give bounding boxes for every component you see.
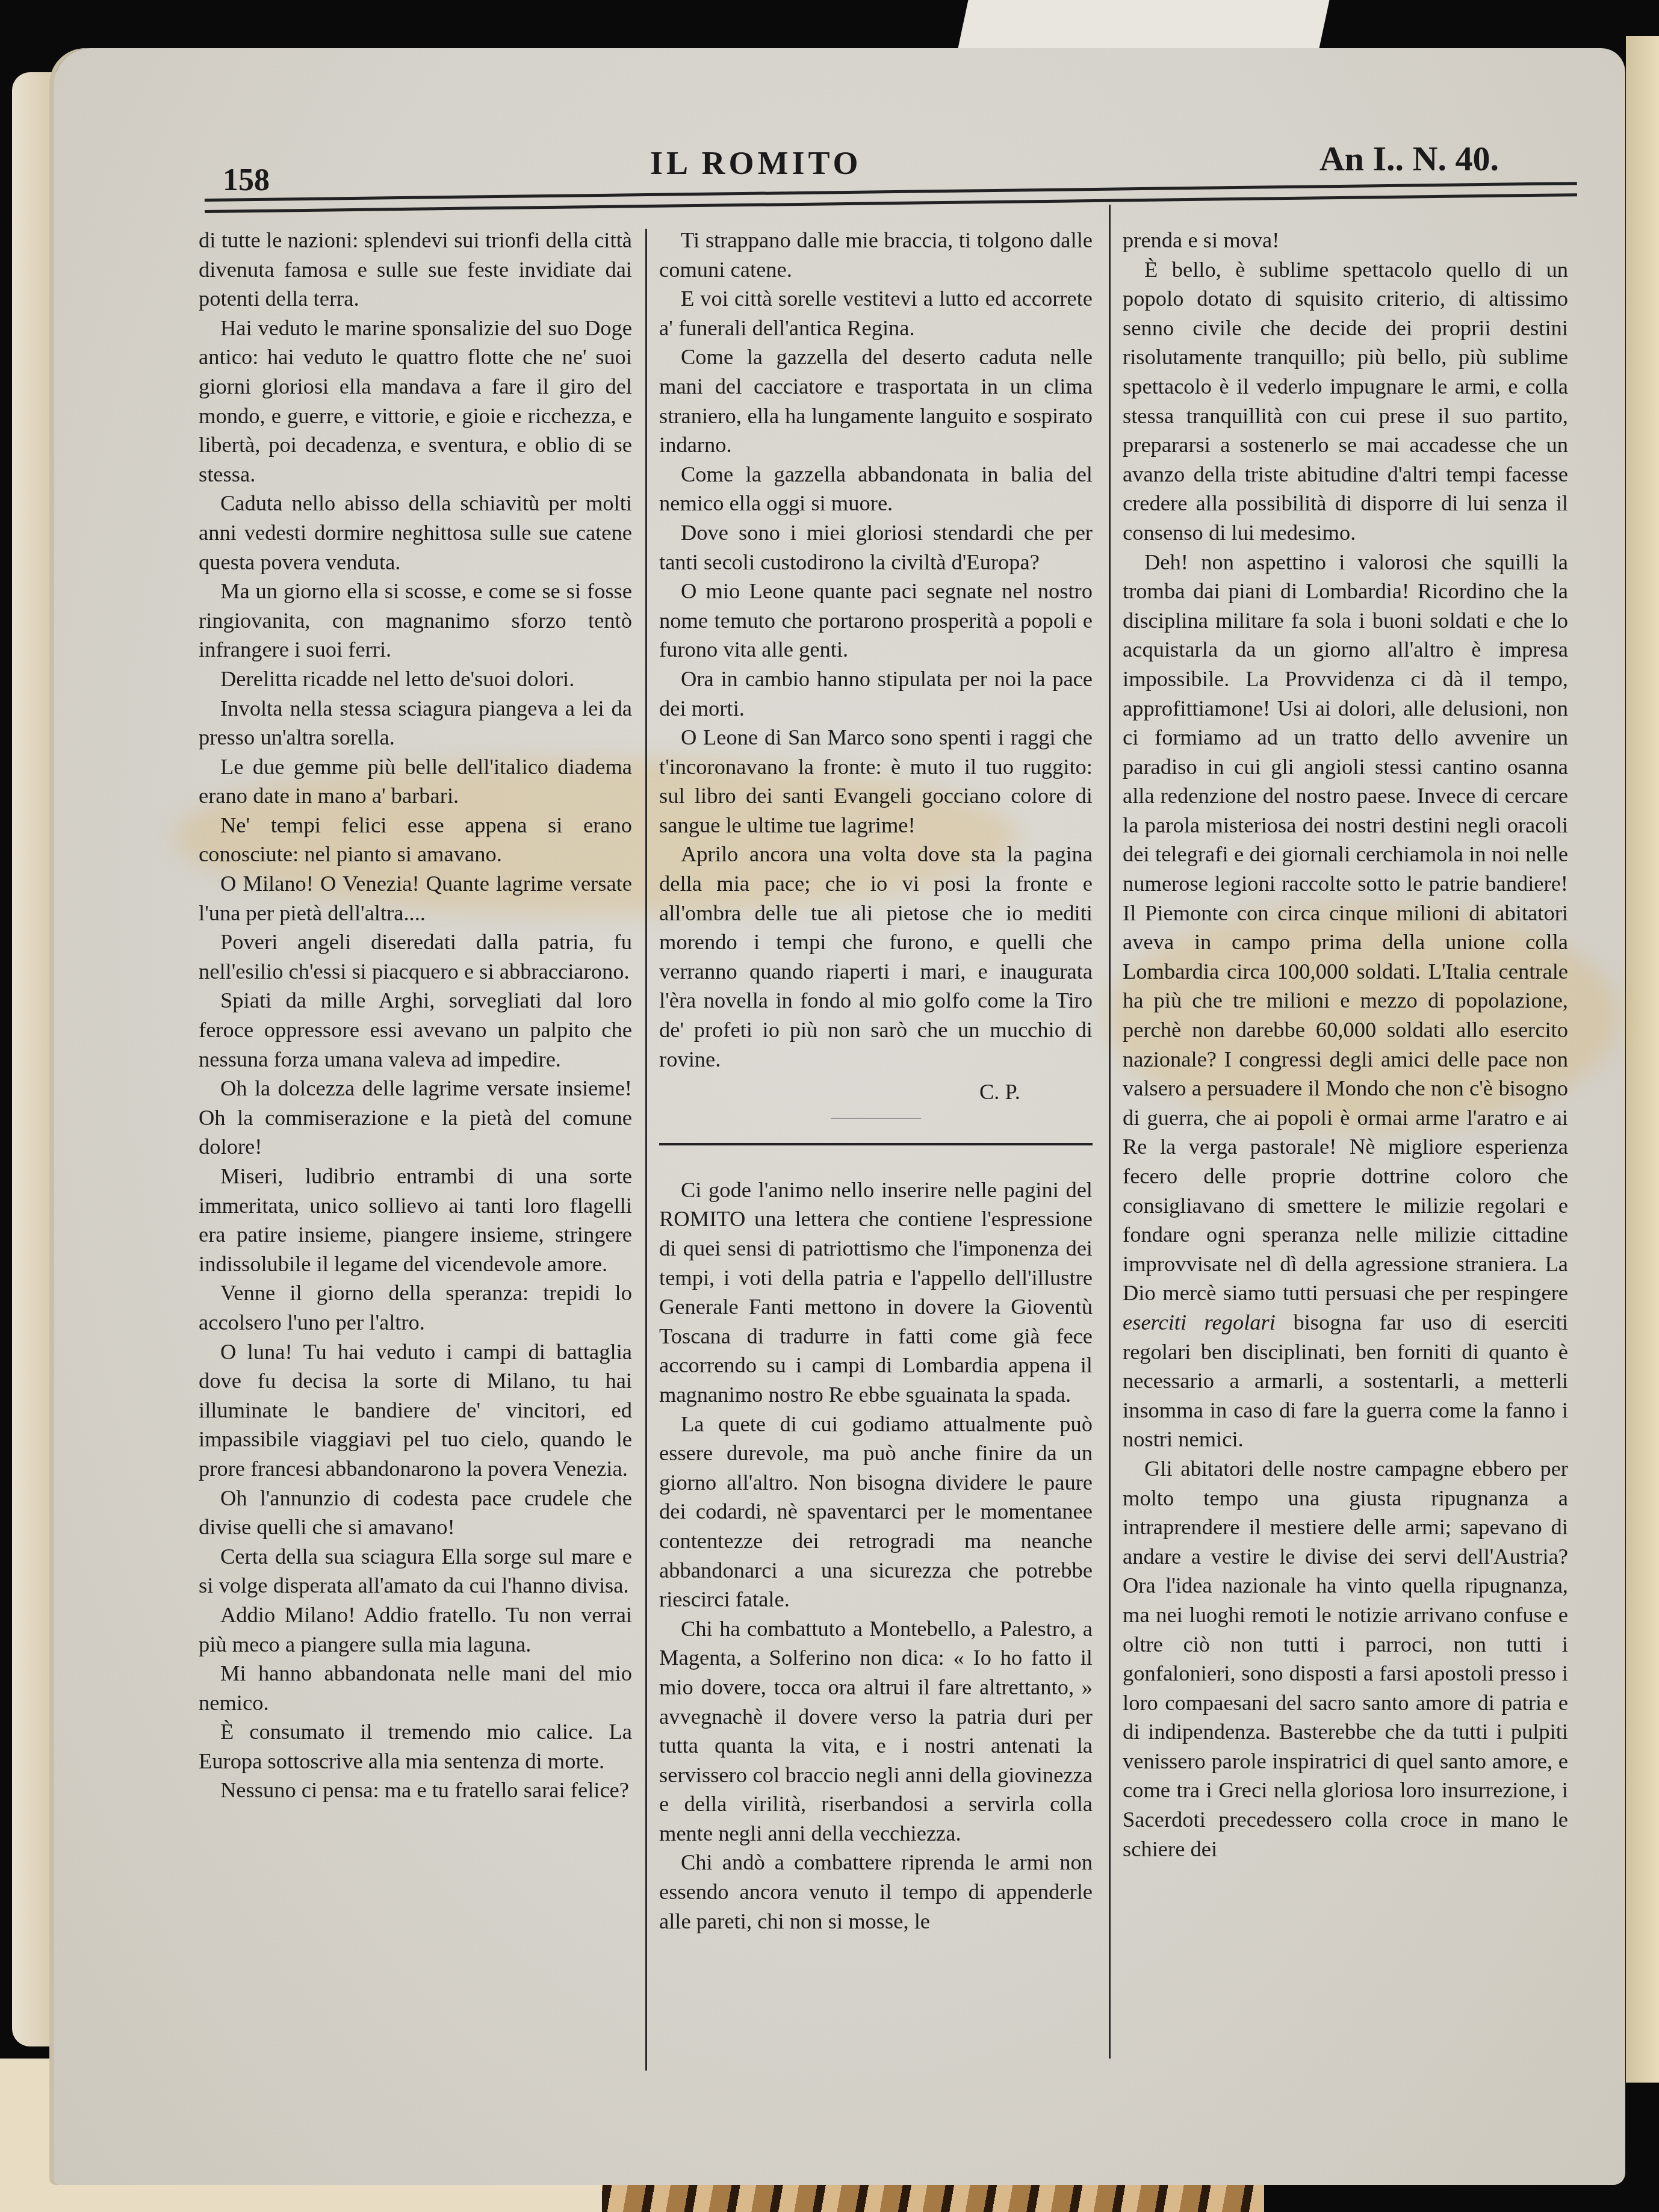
paragraph: Derelitta ricadde nel letto de'suoi dolo… [199, 665, 632, 694]
short-divider [831, 1118, 921, 1119]
paragraph: Deh! non aspettino i valorosi che squill… [1123, 548, 1568, 1454]
paragraph: Nessuno ci pensa: ma e tu fratello sarai… [199, 1776, 632, 1805]
issue-number: An I.. N. 40. [1319, 138, 1499, 179]
paragraph: Spiati da mille Arghi, sorvegliati dal l… [199, 986, 632, 1074]
paragraph: Certa della sua sciagura Ella sorge sul … [199, 1542, 632, 1600]
paragraph: Caduta nello abisso della schiavitù per … [199, 489, 632, 577]
paragraph: Mi hanno abbandonata nelle mani del mio … [199, 1659, 632, 1717]
paragraph: Oh l'annunzio di codesta pace crudele ch… [199, 1484, 632, 1542]
paragraph: È consumato il tremendo mio calice. La E… [199, 1717, 632, 1776]
paragraph: O luna! Tu hai veduto i campi di battagl… [199, 1337, 632, 1484]
paragraph: E voi città sorelle vestitevi a lutto ed… [659, 284, 1093, 342]
paragraph: Gli abitatori delle nostre campagne ebbe… [1123, 1454, 1568, 1863]
paragraph: O Milano! O Venezia! Quante lagrime vers… [199, 869, 632, 928]
paragraph: Ci gode l'animo nello inserire nelle pag… [659, 1176, 1093, 1410]
column-divider [645, 229, 647, 2071]
paragraph: Come la gazzella del deserto caduta nell… [659, 342, 1093, 459]
paragraph-text: Deh! non aspettino i valorosi che squill… [1123, 550, 1568, 1306]
paragraph: Dove sono i miei gloriosi stendardi che … [659, 518, 1093, 577]
newspaper-title: IL ROMITO [650, 144, 862, 182]
column-right: prenda e si mova! È bello, è sublime spe… [1123, 226, 1568, 1863]
paragraph: Ti strappano dalle mie braccia, ti tolgo… [659, 226, 1093, 284]
paragraph: Involta nella stessa sciagura piangeva a… [199, 694, 632, 752]
paragraph: Come la gazzella abbandonata in balia de… [659, 460, 1093, 518]
paragraph: Ne' tempi felici esse appena si erano co… [199, 811, 632, 869]
paragraph: Chi ha combattuto a Montebello, a Palest… [659, 1614, 1093, 1848]
paragraph: Addio Milano! Addio fratello. Tu non ver… [199, 1600, 632, 1659]
paragraph: La quete di cui godiamo attualmente può … [659, 1410, 1093, 1614]
paragraph: Ma un giorno ella si scosse, e come se s… [199, 577, 632, 665]
paragraph: Poveri angeli diseredati dalla patria, f… [199, 928, 632, 986]
paragraph: Oh la dolcezza delle lagrime versate ins… [199, 1074, 632, 1162]
paragraph: Chi andò a combattere riprenda le armi n… [659, 1848, 1093, 1936]
torn-paper-scrap [958, 0, 1329, 48]
paragraph: Miseri, ludibrio entrambi di una sorte i… [199, 1162, 632, 1278]
paragraph: Hai veduto le marine sponsalizie del suo… [199, 314, 632, 489]
author-signature: C. P. [659, 1077, 1093, 1107]
column-middle: Ti strappano dalle mie braccia, ti tolgo… [659, 226, 1093, 1936]
paragraph: È bello, è sublime spettacolo quello di … [1123, 255, 1568, 548]
section-divider [659, 1143, 1093, 1145]
paragraph: O mio Leone quante paci segnate nel nost… [659, 577, 1093, 665]
paragraph: Aprilo ancora una volta dove sta la pagi… [659, 840, 1093, 1074]
paragraph: Venne il giorno della speranza: trepidi … [199, 1278, 632, 1337]
page-number: 158 [223, 163, 270, 198]
paragraph: di tutte le nazioni: splendevi sui trion… [199, 226, 632, 314]
paragraph: Le due gemme più belle dell'italico diad… [199, 752, 632, 811]
next-page-edge [1626, 36, 1659, 2083]
paragraph: O Leone di San Marco sono spenti i raggi… [659, 723, 1093, 840]
paragraph: prenda e si mova! [1123, 226, 1568, 255]
paragraph: Ora in cambio hanno stipulata per noi la… [659, 665, 1093, 723]
column-divider [1109, 205, 1111, 2059]
italic-phrase: eserciti regolari [1123, 1310, 1276, 1334]
column-left: di tutte le nazioni: splendevi sui trion… [199, 226, 632, 1805]
